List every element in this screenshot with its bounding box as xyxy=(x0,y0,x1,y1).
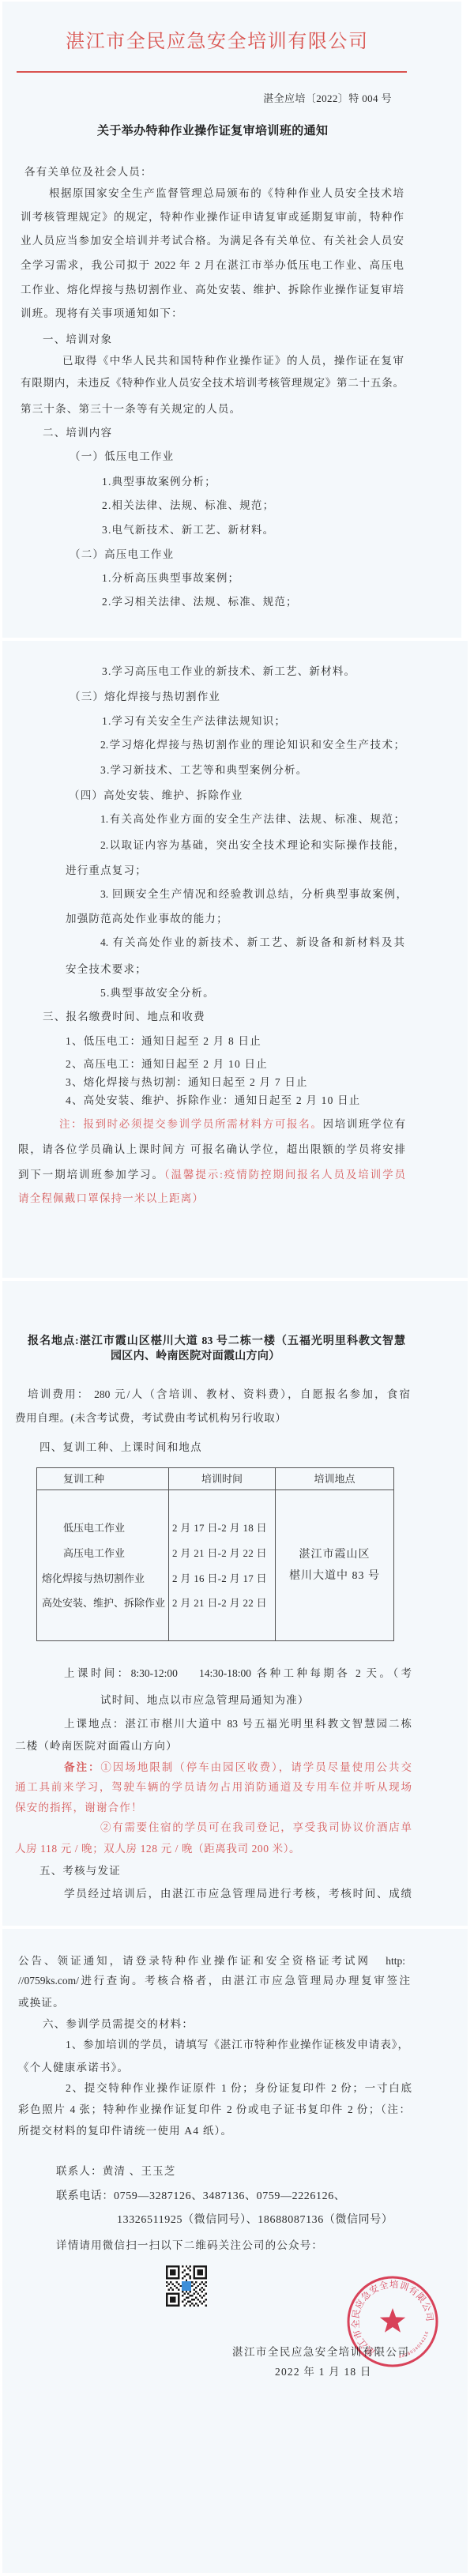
class-location: 二楼（岭南医院对面霞山方向） xyxy=(15,1738,178,1754)
remark-line: 通工具前来学习，驾驶车辆的学员请勿占用消防通道及专用车位并听从现场 xyxy=(15,1779,412,1795)
list-item-continuation: 进行重点复习； xyxy=(66,863,147,879)
list-item: 3.电气新技术、新工艺、新材料。 xyxy=(102,522,274,538)
list-item-continuation: 安全技术要求； xyxy=(66,962,147,977)
qr-code-prompt: 详情请用微信扫一扫以下二维码关注公司的公众号： xyxy=(56,2238,323,2254)
list-item: 1.有关高处作业方面的安全生产法律、法规、标准、规范； xyxy=(100,812,404,827)
job-type-cell: 高压电工作业 xyxy=(37,1541,169,1566)
subsection-high-altitude-title: （四）高处安装、维护、拆除作业 xyxy=(69,788,243,804)
training-fee: 培训费用： 280 元/人（含培训、教材、资料费），自愿报名参加，食宿 xyxy=(28,1387,410,1403)
table-header-row: 复训工种 培训时间 培训地点 xyxy=(37,1468,394,1490)
section-6-line: 《个人健康承诺书》。 xyxy=(18,2060,129,2076)
list-item: 3. 回顾安全生产情况和经验教训总结，分析典型事故案例， xyxy=(100,887,407,902)
intro-line: 全学习需求，我公司拟于 2022 年 2 月在湛江市举办低压电工作业、高压电 xyxy=(21,258,404,273)
list-item: 4. 有关高处作业的新技术、新工艺、新设备和新材料及其 xyxy=(100,935,404,951)
section-4-heading: 四、复训工种、上课时间和地点 xyxy=(39,1440,202,1456)
registration-note-warning: 注：报到时必须提交参训学员所需材料方可报名。 xyxy=(59,1118,323,1130)
training-fee: 费用自理。(未含考试费，考试费由考试机构另行收取） xyxy=(15,1410,287,1426)
section-5-line: 或换证。 xyxy=(18,1995,65,2011)
training-location-cell: 湛江市霞山区 椹川大道中 83 号 xyxy=(276,1490,394,1641)
document-page-1: 湛江市全民应急安全培训有限公司 湛全应培〔2022〕特 004 号 关于举办特种… xyxy=(2,2,461,638)
deadline-item: 2、高压电工：通知日起至 2 月 10 日止 xyxy=(66,1056,268,1072)
deadline-item: 1、低压电工：通知日起至 2 月 8 日止 xyxy=(66,1034,261,1049)
job-type-cell: 高处安装、维护、拆除作业 xyxy=(37,1591,169,1641)
table-row: 低压电工作业 2 月 17 日-2 月 18 日 湛江市霞山区 椹川大道中 83… xyxy=(37,1490,394,1542)
notice-subject: 关于举办特种作业操作证复审培训班的通知 xyxy=(97,123,328,139)
list-item: 1.分析高压典型事故案例； xyxy=(102,571,239,586)
company-seal-stamp: 湛江市全民应急安全培训有限公司 4408034044216 xyxy=(345,2274,440,2369)
training-dates-cell: 2 月 17 日-2 月 18 日 xyxy=(169,1490,276,1542)
intro-line: 根据原国家安全生产监督管理总局颁布的《特种作业人员安全技术培 xyxy=(49,186,404,201)
section-6-line: 彩色照片 4 张；特种作业操作证复印件 2 份或电子证书复印件 2 份；（注： xyxy=(18,2102,410,2118)
document-page-2: 3.学习高压电工作业的新技术、新工艺、新材料。 （三）熔化焊接与热切割作业 1.… xyxy=(2,641,468,1278)
registration-address: 园区内、岭南医院对面霞山方向） xyxy=(111,1349,280,1365)
letterhead-red-rule xyxy=(17,71,407,73)
document-page-3: 报名地点:湛江市霞山区椹川大道 83 号二栋一楼（五福光明里科教文智慧 园区内、… xyxy=(2,1281,468,1926)
section-1-heading: 一、培训对象 xyxy=(43,332,112,348)
section-6-line: 所提交材料的复印件请统一使用 A4 纸）。 xyxy=(18,2123,232,2139)
letterhead-company-name: 湛江市全民应急安全培训有限公司 xyxy=(66,30,367,54)
exam-website-line: //0759ks.com/进行查询。考核合格者，由湛江市应急管理局办理复审签注 xyxy=(18,1973,410,1989)
section-5-line: 学员经过培训后，由湛江市应急管理局进行考核，考核时间、成绩 xyxy=(64,1886,412,1902)
list-item: 2.相关法律、法规、标准、规范； xyxy=(102,498,274,514)
registration-note-line: 到下一期培训班参加学习。（温馨提示:疫情防控期间报名人员及培训学员 xyxy=(18,1167,405,1183)
section-6-line: 1、参加培训的学员，请填写《湛江市特种作业操作证核发申请表》， xyxy=(66,2037,408,2053)
seal-star-icon xyxy=(380,2308,405,2333)
subsection-low-voltage-title: （一）低压电工作业 xyxy=(70,449,174,465)
registration-note-line: 注：报到时必须提交参训学员所需材料方可报名。因培训班学位有 xyxy=(59,1117,405,1132)
job-type-cell: 熔化焊接与热切割作业 xyxy=(37,1566,169,1591)
registration-address: 报名地点:湛江市霞山区椹川大道 83 号二栋一楼（五福光明里科教文智慧 xyxy=(28,1334,405,1350)
wechat-qr-code-icon xyxy=(166,2265,207,2307)
intro-line: 工作业、熔化焊接与热切割作业、高处安装、维护、拆除作业操作证复审培 xyxy=(21,282,404,298)
remark-label: 备注： xyxy=(64,1761,100,1773)
deadline-item: 4、高处安装、维护、拆除作业：通知日起至 2 月 10 日止 xyxy=(66,1093,361,1109)
job-type-cell: 低压电工作业 xyxy=(37,1490,169,1542)
schedule-table: 复训工种 培训时间 培训地点 低压电工作业 2 月 17 日-2 月 18 日 … xyxy=(36,1467,394,1641)
section-1-line: 第三十条、第三十一条等有关规定的人员。 xyxy=(21,401,241,417)
contact-phone: 13326511925（微信同号）、18688087136（微信同号） xyxy=(117,2213,393,2228)
document-number: 湛全应培〔2022〕特 004 号 xyxy=(261,91,392,107)
section-3-heading: 三、报名缴费时间、地点和收费 xyxy=(43,1009,205,1025)
remark-line: 人房 118 元 / 晚；双人房 128 元 / 晚（距离我司 200 米）。 xyxy=(15,1841,300,1857)
list-item: 2.以取证内容为基础，突出安全技术理论和实际操作技能， xyxy=(100,838,404,853)
training-dates-cell: 2 月 21 日-2 月 22 日 xyxy=(169,1541,276,1566)
document-page-4: 公告、领证通知，请登录特种作业操作证和安全资格证考试网 http: //0759… xyxy=(2,1929,468,2573)
epidemic-reminder: 请全程佩戴口罩保持一米以上距离） xyxy=(18,1191,204,1207)
training-location-line: 湛江市霞山区 xyxy=(276,1544,393,1565)
section-1-line: 已取得《中华人民共和国特种作业操作证》的人员，操作证在复审 xyxy=(62,353,404,369)
section-2-heading: 二、培训内容 xyxy=(43,425,112,441)
column-header-training-dates: 培训时间 xyxy=(169,1468,276,1490)
salutation: 各有关单位及社会人员： xyxy=(24,164,152,180)
list-item: 1.典型事故案例分析； xyxy=(102,474,216,490)
document-viewer: 湛江市全民应急安全培训有限公司 湛全应培〔2022〕特 004 号 关于举办特种… xyxy=(0,0,474,2576)
intro-line: 训考核管理规定》的规定，特种作业操作证申请复审或延期复审前，特种作 xyxy=(21,209,404,225)
subsection-welding-title: （三）熔化焊接与热切割作业 xyxy=(70,689,220,705)
list-item: 5.典型事故安全分析。 xyxy=(100,985,215,1001)
registration-note-text: 到下一期培训班参加学习。 xyxy=(18,1169,164,1181)
contact-person: 联系人：黄清 、王玉芝 xyxy=(56,2164,176,2179)
list-item: 3.学习高压电工作业的新技术、新工艺、新材料。 xyxy=(102,664,355,680)
contact-phone: 联系电话：0759—3287126、3487136、0759—2226126、 xyxy=(56,2189,345,2205)
remark-line: 保安的指挥，谢谢合作！ xyxy=(15,1800,143,1816)
intro-line: 训班。现将有关事项通知如下： xyxy=(21,306,183,322)
column-header-job-type: 复训工种 xyxy=(37,1468,169,1490)
training-dates-cell: 2 月 21 日-2 月 22 日 xyxy=(169,1591,276,1641)
epidemic-reminder: （温馨提示:疫情防控期间报名人员及培训学员 xyxy=(164,1169,405,1181)
seal-registration-number: 4408034044216 xyxy=(398,2331,430,2359)
intro-line: 业人员应当参加安全培训并考试合格。为满足各有关单位、有关社会人员安 xyxy=(21,233,404,249)
section-5-heading: 五、考核与发证 xyxy=(39,1863,121,1879)
list-item: 3.学习新技术、工艺等和典型案例分析。 xyxy=(100,763,307,778)
class-time: 试时间、地点以市应急管理局通知为准） xyxy=(100,1693,310,1708)
section-1-line: 有限期内，未违反《特种作业人员安全技术培训考核管理规定》第二十五条。 xyxy=(21,375,404,391)
svg-text:4408034044216: 4408034044216 xyxy=(398,2331,430,2359)
remark-line: ②有需要住宿的学员可在我司登记，享受我司协议价酒店单 xyxy=(100,1820,412,1836)
class-location: 上课地点：湛江市椹川大道中 83 号五福光明里科教文智慧园二栋 xyxy=(64,1716,412,1732)
registration-note-line: 限，请各位学员确认上课时间方 可报名确认学位，超出限额的学员将安排 xyxy=(18,1142,405,1158)
list-item: 1.学习有关安全生产法律法规知识； xyxy=(102,714,286,729)
training-location-line: 椹川大道中 83 号 xyxy=(276,1565,393,1587)
training-dates-cell: 2 月 16 日-2 月 17 日 xyxy=(169,1566,276,1591)
remark-line: 备注：①因场地限制（停车由园区收费），请学员尽量使用公共交 xyxy=(64,1760,412,1776)
section-6-line: 2、提交特种作业操作证原件 1 份；身份证复印件 2 份；一寸白底 xyxy=(66,2081,412,2096)
class-time: 上课时间：8:30-12:00 14:30-18:00 各种工种每期各 2 天。… xyxy=(64,1666,412,1682)
column-header-training-location: 培训地点 xyxy=(276,1468,394,1490)
list-item: 2.学习熔化焊接与热切割作业的理论知识和安全生产技术； xyxy=(100,737,404,753)
list-item-continuation: 加强防范高处作业事故的能力； xyxy=(66,911,228,927)
deadline-item: 3、熔化焊接与热切割：通知日起至 2 月 7 日止 xyxy=(66,1075,308,1090)
section-5-line: 公告、领证通知，请登录特种作业操作证和安全资格证考试网 http: xyxy=(18,1953,405,1969)
remark-text: ①因场地限制（停车由园区收费），请学员尽量使用公共交 xyxy=(100,1761,412,1773)
registration-note-text: 因培训班学位有 xyxy=(323,1118,405,1130)
list-item: 2.学习相关法律、法规、标准、规范； xyxy=(102,594,298,610)
subsection-high-voltage-title: （二）高压电工作业 xyxy=(70,547,174,563)
section-6-heading: 六、参训学员需提交的材料： xyxy=(43,2017,194,2032)
